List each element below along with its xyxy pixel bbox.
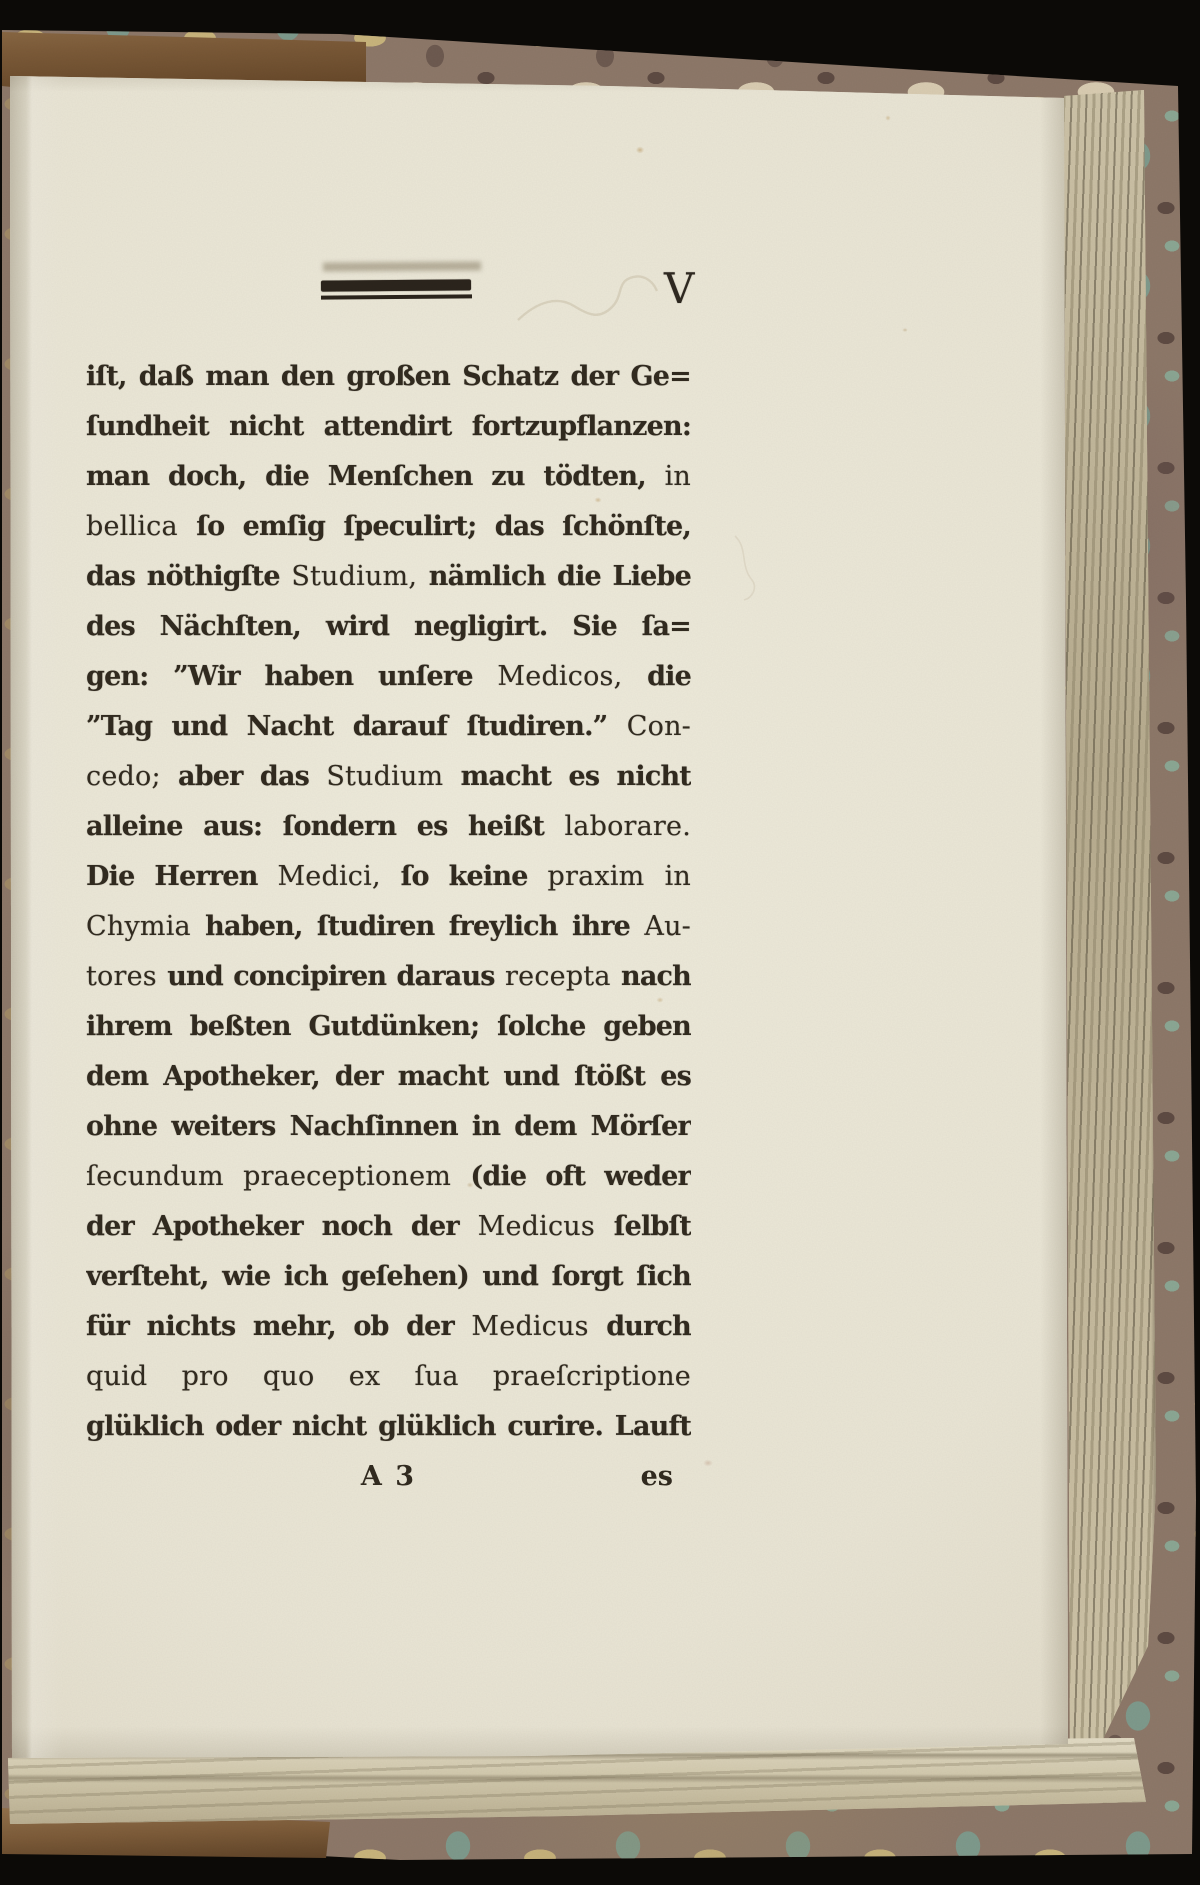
text-segment-fraktur: aber das — [161, 761, 327, 792]
text-segment-fraktur: iſt, daß man den großen Schatz der Ge= — [86, 361, 691, 392]
text-line: für nichts mehr, ob der Medicus durch — [86, 1302, 691, 1352]
text-segment-antiqua: Studium, — [291, 561, 417, 592]
text-segment-fraktur: ohne weiters Nachſinnen in dem Mörſer — [86, 1111, 691, 1142]
text-line: alleine aus: ſondern es heißt laborare. — [86, 802, 691, 852]
book-photograph: V iſt, daß man den großen Schatz der Ge=… — [0, 0, 1200, 1885]
text-segment-fraktur: (die oft weder — [470, 1161, 691, 1192]
text-line: ”Tag und Nacht darauf ſtudiren.” Con- — [86, 702, 691, 752]
text-segment-fraktur: nach — [611, 961, 691, 992]
text-segment-fraktur: ſo emſig ſpeculirt; das ſchönſte, — [196, 511, 691, 542]
rule-show-through — [323, 261, 481, 271]
text-segment-fraktur: dem Apotheker, der macht und ſtößt es — [86, 1061, 691, 1092]
text-line: man doch, die Menſchen zu tödten, in art… — [86, 452, 691, 502]
text-segment-fraktur: haben, ſtudiren freylich ihre — [191, 911, 645, 942]
text-line: der Apotheker noch der Medicus ſelbſt — [86, 1202, 691, 1252]
text-segment-fraktur: ſo keine — [381, 861, 548, 892]
text-line: Chymia haben, ſtudiren freylich ihre Au- — [86, 902, 691, 952]
text-segment-antiqua: ſecundum praeceptionem — [86, 1161, 470, 1192]
text-segment-fraktur: ”Tag und Nacht darauf ſtudiren.” — [86, 711, 627, 742]
text-segment-fraktur: gen: ”Wir haben unſere — [86, 661, 497, 692]
text-segment-antiqua: Medicos, — [497, 661, 622, 692]
text-segment-antiqua: bellica — [86, 511, 196, 542]
text-segment-antiqua: tores — [86, 961, 157, 992]
text-segment-fraktur: das nöthigſte — [86, 561, 291, 592]
text-segment-fraktur: die — [622, 661, 691, 692]
text-segment-antiqua: Au- — [644, 911, 691, 942]
text-line: Die Herren Medici, ſo keine praxim in — [86, 852, 691, 902]
text-segment-antiqua: cedo; — [86, 761, 161, 792]
deckled-fore-edge — [1056, 86, 1158, 1796]
footer-line: A 3 es — [86, 1452, 691, 1502]
text-segment-antiqua: Studium — [326, 761, 443, 792]
text-line: ohne weiters Nachſinnen in dem Mörſer — [86, 1102, 691, 1152]
text-line: des Nächſten, wird negligirt. Sie ſa= — [86, 602, 691, 652]
text-line: quid pro quo ex ſua praeſcriptione — [86, 1352, 691, 1402]
text-segment-fraktur: alleine aus: ſondern es heißt — [86, 811, 564, 842]
text-segment-fraktur: glüklich oder nicht glüklich curire. Lau… — [86, 1411, 691, 1442]
text-line: gen: ”Wir haben unſere Medicos, die — [86, 652, 691, 702]
page-number: V — [664, 268, 694, 310]
text-line: bellica ſo emſig ſpeculirt; das ſchönſte… — [86, 502, 691, 552]
header-rule-thick — [321, 279, 471, 291]
text-segment-fraktur: verſteht, wie ich geſehen) und ſorgt ſic… — [86, 1261, 691, 1292]
text-line: dem Apotheker, der macht und ſtößt es — [86, 1052, 691, 1102]
text-segment-fraktur: ihrem beßten Gutdünken; ſolche geben ſie — [86, 1011, 691, 1052]
text-segment-fraktur: der Apotheker noch der — [86, 1211, 478, 1242]
text-segment-fraktur: und concipiren daraus — [157, 961, 505, 992]
text-segment-antiqua: praxim in — [548, 861, 691, 892]
text-segment-antiqua: Medici, — [277, 861, 380, 892]
text-segment-antiqua: quid pro quo ex ſua praeſcriptione — [86, 1361, 691, 1392]
text-line: ſundheit nicht attendirt fortzupflanzen:… — [86, 402, 691, 452]
text-segment-fraktur: durch — [589, 1311, 691, 1342]
catchword: es — [641, 1452, 673, 1502]
text-segment-fraktur: Die Herren — [86, 861, 277, 892]
text-segment-antiqua: Medicus — [478, 1211, 595, 1242]
text-segment-fraktur: des Nächſten, wird negligirt. Sie ſa= — [86, 611, 691, 642]
page-paper: V iſt, daß man den großen Schatz der Ge=… — [8, 68, 1070, 1760]
text-segment-fraktur: ſundheit nicht attendirt fortzupflanzen:… — [86, 411, 691, 452]
signature-mark: A 3 — [361, 1452, 416, 1502]
text-line: verſteht, wie ich geſehen) und ſorgt ſic… — [86, 1252, 691, 1302]
text-segment-antiqua: Chymia — [86, 911, 191, 942]
text-segment-antiqua: recepta — [505, 961, 611, 992]
text-block: iſt, daß man den großen Schatz der Ge=ſu… — [86, 352, 691, 1502]
text-line: das nöthigſte Studium, nämlich die Liebe — [86, 552, 691, 602]
text-segment-fraktur: für nichts mehr, ob der — [86, 1311, 471, 1342]
text-segment-fraktur: man doch, die Menſchen zu tödten, — [86, 461, 665, 492]
text-line: cedo; aber das Studium macht es nicht — [86, 752, 691, 802]
text-segment-fraktur: macht es nicht — [443, 761, 691, 792]
text-line: ſecundum praeceptionem (die oft weder — [86, 1152, 691, 1202]
text-segment-antiqua: Con- — [627, 711, 691, 742]
text-line: iſt, daß man den großen Schatz der Ge= — [86, 352, 691, 402]
text-line: tores und concipiren daraus recepta nach — [86, 952, 691, 1002]
text-line: ihrem beßten Gutdünken; ſolche geben ſie — [86, 1002, 691, 1052]
header-rule-thin — [321, 294, 472, 299]
text-line: glüklich oder nicht glüklich curire. Lau… — [86, 1402, 691, 1452]
text-segment-antiqua: laborare. — [564, 811, 691, 842]
text-segment-fraktur: nämlich die Liebe — [417, 561, 691, 592]
text-segment-antiqua: Medicus — [471, 1311, 588, 1342]
text-segment-fraktur: ſelbſt — [595, 1211, 691, 1242]
